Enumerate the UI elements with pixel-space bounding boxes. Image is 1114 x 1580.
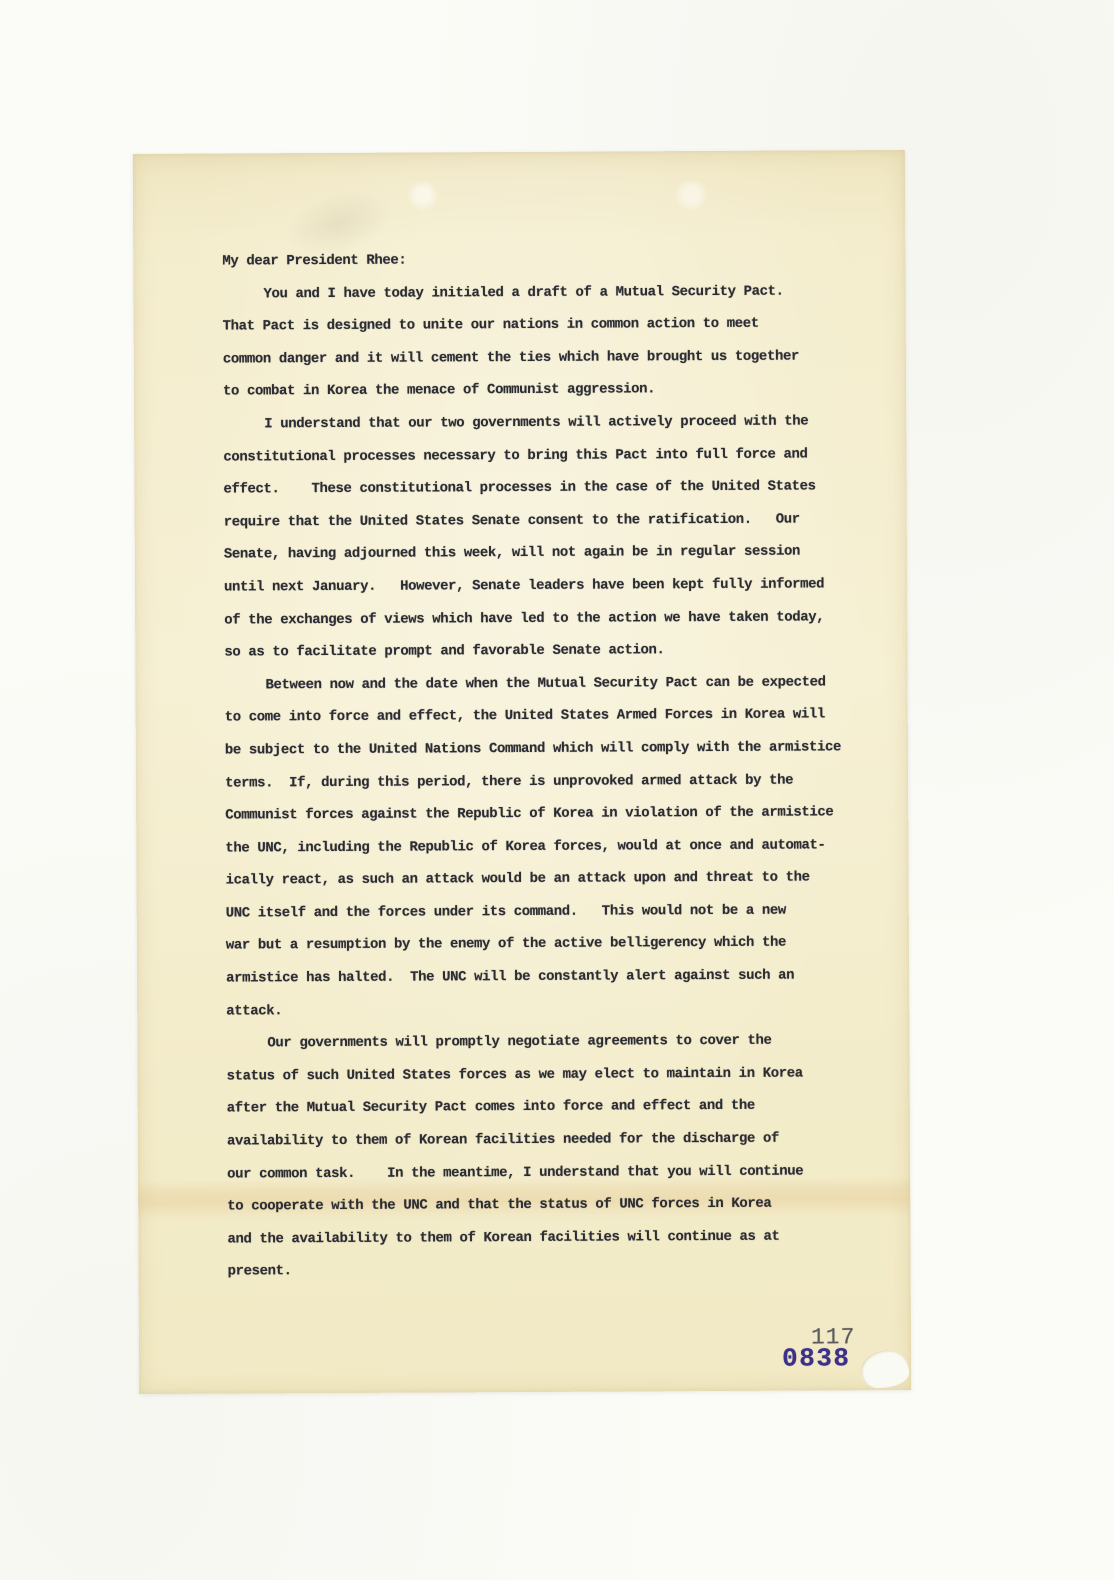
paragraph: Our governments will promptly negotiate …: [226, 1024, 872, 1288]
paper-tear: [861, 1350, 909, 1388]
paragraphs: You and I have today initialed a draft o…: [222, 275, 872, 1289]
scan-backdrop: My dear President Rhee: You and I have t…: [0, 0, 1114, 1580]
scanned-letter-page: My dear President Rhee: You and I have t…: [133, 150, 911, 1394]
paragraph: Between now and the date when the Mutual…: [224, 666, 871, 1028]
stain-spot: [675, 179, 707, 211]
letter-body: My dear President Rhee: You and I have t…: [222, 242, 872, 1288]
salutation: My dear President Rhee:: [222, 242, 867, 278]
archive-stamp-number: 0838: [782, 1343, 851, 1373]
paragraph: I understand that our two governments wi…: [223, 405, 869, 669]
paragraph: You and I have today initialed a draft o…: [222, 275, 868, 409]
stain-spot: [408, 180, 438, 210]
